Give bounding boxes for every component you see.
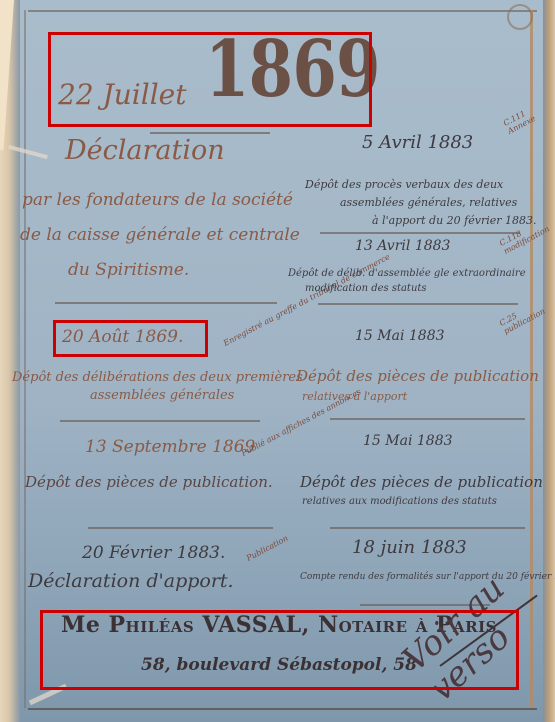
title-line: du Spiritisme. [68,260,189,280]
entry-line: relatives à l'apport [302,390,407,403]
entry-date: 5 Avril 1883 [362,132,473,153]
entry-line: Déclaration d'apport. [28,570,234,592]
frame-border-top [28,10,537,12]
entry-date: 18 juin 1883 [352,537,467,558]
declaration-title: Déclaration [65,135,225,166]
entry-line: Dépôt de délib. d'assemblée gle extraord… [288,268,526,279]
title-line: par les fondateurs de la société [22,190,293,210]
entry-line: Dépôt des pièces de publication [296,367,539,385]
document-page: 22 Juillet 1869 Déclaration par les fond… [0,0,555,722]
entry-line: Dépôt des pièces de publication [300,473,543,491]
divider [60,420,260,422]
entry-line: Dépôt des pièces de publication. [25,473,273,491]
divider [88,527,273,529]
entry-line: relatives aux modifications des statuts [302,496,497,507]
entry-date: 20 Février 1883. [82,543,225,563]
highlight-box-notary-stamp [40,610,519,690]
entry-line: Dépôt des procès verbaux des deux [305,178,503,191]
entry-line: assemblées générales [90,388,234,403]
entry-date: 15 Mai 1883 [355,328,445,344]
highlight-box-20-aout-1869 [53,320,208,357]
entry-date: 15 Mai 1883 [363,433,453,449]
highlight-box-header-date [48,32,372,127]
divider [55,302,277,304]
entry-line: à l'apport du 20 février 1883. [372,214,536,227]
frame-border-left [24,10,26,708]
divider [150,132,270,134]
entry-date: 13 Septembre 1869 [85,437,255,457]
entry-line: assemblées générales, relatives [340,196,517,209]
entry-line: Dépôt des délibérations des deux premièr… [12,370,303,385]
entry-line: modification des statuts [305,283,427,294]
title-line: de la caisse générale et centrale [20,225,300,245]
divider [318,303,518,305]
divider [320,232,520,234]
frame-border-bottom [28,708,537,710]
entry-date: 13 Avril 1883 [355,238,450,254]
divider [330,418,525,420]
corner-ornament-icon [507,4,533,30]
divider [330,527,525,529]
margin-note: Publication [245,534,290,563]
